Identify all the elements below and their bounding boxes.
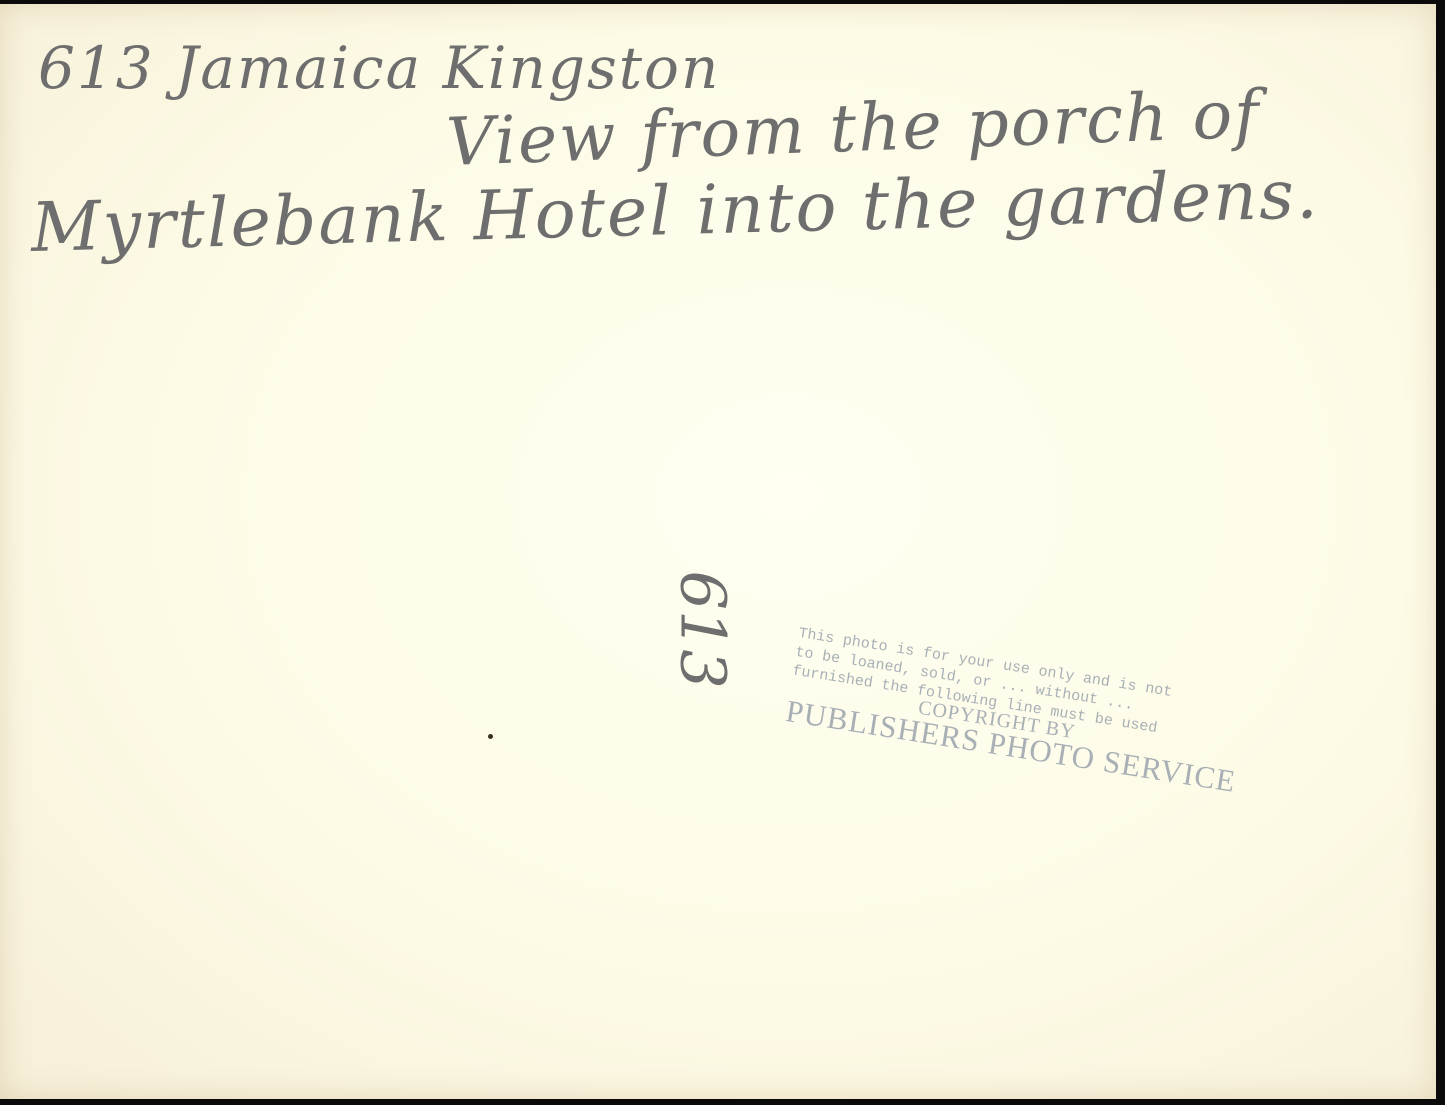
photo-back-card: 613 Jamaica Kingston View from the porch…: [0, 4, 1436, 1099]
handwritten-caption-line-1: 613 Jamaica Kingston: [38, 34, 720, 102]
copyright-stamp: This photo is for your use only and is n…: [783, 624, 1293, 807]
ink-speck: [488, 734, 493, 739]
rotated-photo-number: 613: [667, 571, 740, 681]
handwritten-caption-line-3: Myrtlebank Hotel into the gardens.: [30, 155, 1320, 268]
